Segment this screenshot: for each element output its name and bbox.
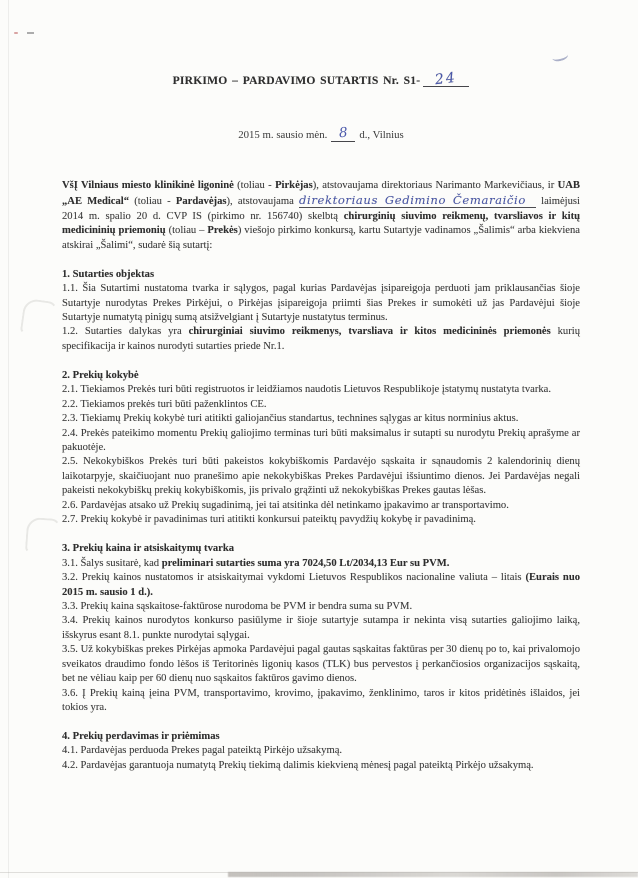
scan-edge-line: [8, 0, 9, 878]
text-run: 3.4. Prekių kainos nurodytos konkurso pa…: [62, 615, 580, 640]
text-run: 2.6. Pardavėjas atsako už Prekių sugadin…: [62, 500, 509, 511]
date-prefix: 2015 m. sausio mėn.: [238, 129, 327, 141]
contract-section: 1. Sutarties objektas1.1. Šia Sutartimi …: [62, 268, 580, 355]
text-run: 4.1. Pardavėjas perduoda Prekes pagal pa…: [62, 745, 342, 756]
text-run: 3.3. Prekių kaina sąskaitose-faktūrose n…: [62, 601, 412, 612]
contract-section: 2. Prekių kokybė2.1. Tiekiamos Prekės tu…: [62, 369, 580, 528]
text-run: 2.1. Tiekiamos Prekės turi būti registru…: [62, 384, 551, 395]
clause-paragraph: 2.6. Pardavėjas atsako už Prekių sugadin…: [62, 499, 580, 513]
scan-arc-artifact: [25, 517, 61, 555]
date-suffix: d., Vilnius: [359, 129, 403, 141]
clause-paragraph: 4.1. Pardavėjas perduoda Prekes pagal pa…: [62, 744, 580, 758]
clause-paragraph: 3.3. Prekių kaina sąskaitose-faktūrose n…: [62, 600, 580, 614]
clause-paragraph: 2.2. Tiekiamos prekės turi būti paženkli…: [62, 398, 580, 412]
clause-paragraph: 1.2. Sutarties dalykas yra chirurginiai …: [62, 325, 580, 354]
title-number-blank: 24: [423, 75, 469, 87]
text-run: 2.2. Tiekiamos prekės turi būti paženkli…: [62, 399, 267, 410]
text-run: 2.5. Nekokybiškos Prekės turi būti pakei…: [62, 456, 580, 496]
handwritten-contract-number: 24: [435, 73, 458, 87]
text-run: (toliau -: [237, 180, 275, 191]
date-line: 2015 m. sausio mėn.8d., Vilnius: [62, 129, 580, 142]
scanned-contract-page: PIRKIMO – PARDAVIMO SUTARTIS Nr. S1-24 2…: [0, 0, 638, 878]
text-run: (toliau –: [169, 225, 208, 236]
scan-bottom-shadow: [228, 872, 638, 877]
clause-paragraph: 3.2. Prekių kainos nustatomos ir atsiska…: [62, 571, 580, 600]
clause-paragraph: 3.5. Už kokybiškas prekes Pirkėjas apmok…: [62, 643, 580, 686]
text-run: 4.2. Pardavėjas garantuoja numatytą Prek…: [62, 760, 534, 771]
text-run: 3.6. Į Prekių kainą įeina PVM, transport…: [62, 688, 580, 713]
title-text: PIRKIMO – PARDAVIMO SUTARTIS Nr. S1-: [173, 74, 421, 87]
text-run: 3.5. Už kokybiškas prekes Pirkėjas apmok…: [62, 644, 580, 684]
section-heading: 3. Prekių kaina ir atsiskaitymų tvarka: [62, 542, 580, 556]
text-run: (toliau -: [134, 196, 176, 207]
intro-paragraph: VšĮ Vilniaus miesto klinikinė ligoninė (…: [62, 179, 580, 253]
clause-paragraph: 1.1. Šia Sutartimi nustatoma tvarka ir s…: [62, 282, 580, 325]
text-run: VšĮ Vilniaus miesto klinikinė ligoninė: [62, 180, 237, 191]
scan-mark-red-dot: [14, 32, 18, 34]
contract-section: 3. Prekių kaina ir atsiskaitymų tvarka3.…: [62, 542, 580, 715]
clause-paragraph: 3.1. Šalys susitarė, kad preliminari sut…: [62, 557, 580, 571]
contract-section: 4. Prekių perdavimas ir priėmimas4.1. Pa…: [62, 730, 580, 773]
date-day-blank: 8: [331, 129, 355, 142]
scan-arc-artifact: [20, 298, 59, 338]
clause-paragraph: 3.4. Prekių kainos nurodytos konkurso pa…: [62, 614, 580, 643]
text-run: 3.2. Prekių kainos nustatomos ir atsiska…: [62, 572, 525, 583]
section-heading: 4. Prekių perdavimas ir priėmimas: [62, 730, 580, 744]
text-run: 3.1. Šalys susitarė, kad: [62, 558, 162, 569]
text-run: Pardavėjas: [176, 196, 227, 207]
section-heading: 1. Sutarties objektas: [62, 268, 580, 282]
text-run: 1.2. Sutarties dalykas yra: [62, 326, 189, 337]
text-run: Prekės: [207, 225, 237, 236]
text-run: 2.3. Tiekiamų Prekių kokybė turi atitikt…: [62, 413, 518, 424]
text-run: 2.7. Prekių kokybė ir pavadinimas turi a…: [62, 514, 476, 525]
text-run: 1.1. Šia Sutartimi nustatoma tvarka ir s…: [62, 283, 580, 323]
text-run: Pirkėjas: [275, 180, 313, 191]
handwritten-day: 8: [339, 128, 348, 140]
text-run: chirurginiai siuvimo reikmenys, tvarslia…: [189, 326, 551, 337]
clause-paragraph: 2.7. Prekių kokybė ir pavadinimas turi a…: [62, 513, 580, 527]
document-title: PIRKIMO – PARDAVIMO SUTARTIS Nr. S1-24: [62, 74, 580, 87]
text-run: ), atstovaujama direktoriaus Narimanto M…: [313, 180, 558, 191]
text-run: preliminari sutarties suma yra 7024,50 L…: [162, 558, 450, 569]
clause-paragraph: 4.2. Pardavėjas garantuoja numatytą Prek…: [62, 759, 580, 773]
clause-paragraph: 2.1. Tiekiamos Prekės turi būti registru…: [62, 383, 580, 397]
handwritten-representative-name: direktoriaus Gedimino Čemaraičio: [299, 193, 536, 208]
clause-paragraph: 2.5. Nekokybiškos Prekės turi būti pakei…: [62, 455, 580, 498]
text-run: ), atstovaujama: [227, 196, 300, 207]
section-heading: 2. Prekių kokybė: [62, 369, 580, 383]
document-content: PIRKIMO – PARDAVIMO SUTARTIS Nr. S1-24 2…: [62, 0, 580, 773]
clause-paragraph: 2.3. Tiekiamų Prekių kokybė turi atitikt…: [62, 412, 580, 426]
scan-mark-dash: [27, 32, 34, 34]
contract-body: VšĮ Vilniaus miesto klinikinė ligoninė (…: [62, 179, 580, 773]
text-run: 2.4. Prekės pateikimo momentu Prekių gal…: [62, 428, 580, 453]
clause-paragraph: 3.6. Į Prekių kainą įeina PVM, transport…: [62, 687, 580, 716]
clause-paragraph: 2.4. Prekės pateikimo momentu Prekių gal…: [62, 427, 580, 456]
